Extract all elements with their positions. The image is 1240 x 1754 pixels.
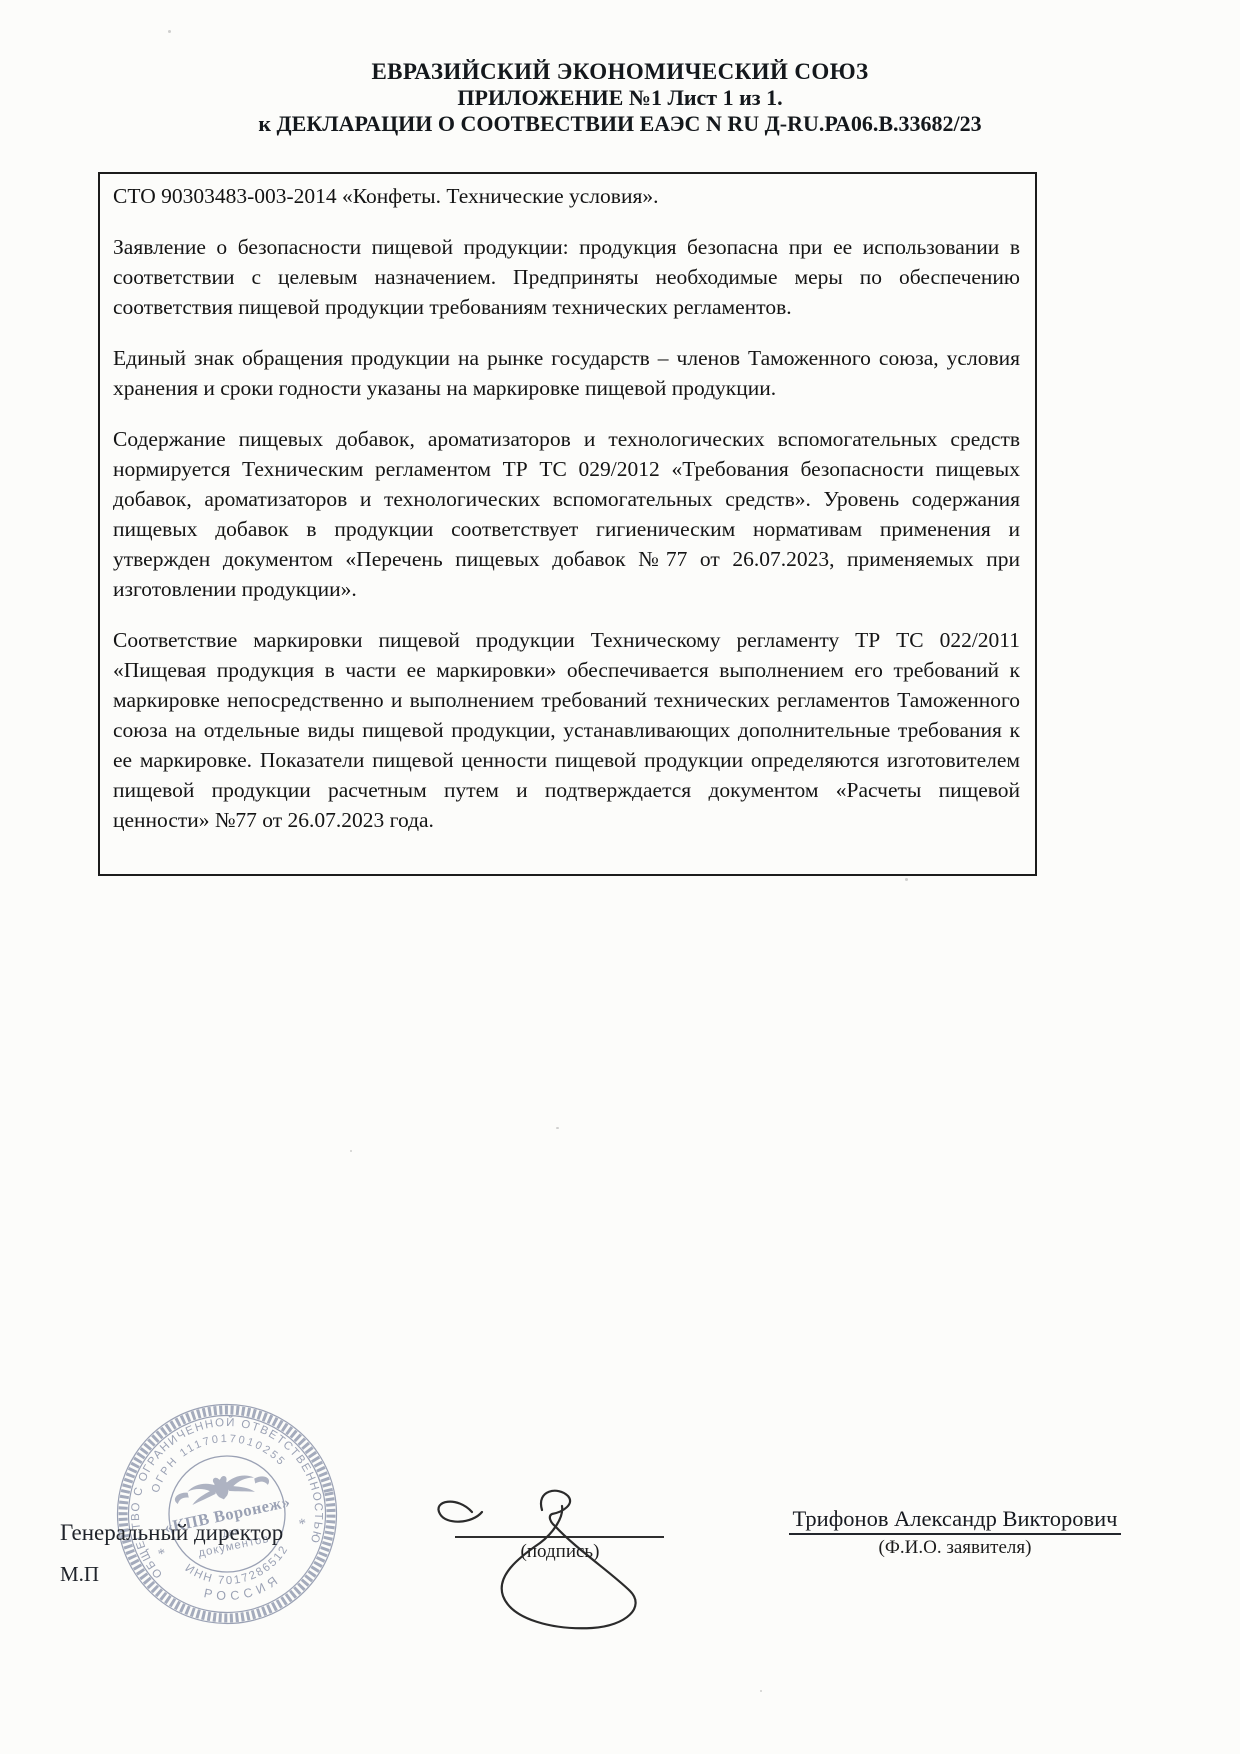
handwritten-signature (400, 1478, 690, 1648)
declaration-paragraph-additives: Содержание пищевых добавок, ароматизатор… (113, 424, 1020, 604)
scan-speck (420, 118, 422, 120)
stamp-star-right: * (298, 1516, 309, 1533)
seal-mark-label: М.П (60, 1562, 99, 1587)
scan-speck (760, 1690, 762, 1692)
applicant-name: Трифонов Александр Викторович (789, 1506, 1122, 1535)
applicant-caption: (Ф.И.О. заявителя) (780, 1537, 1130, 1559)
signature-stroke-main (502, 1491, 636, 1629)
declaration-paragraph-safety: Заявление о безопасности пищевой продукц… (113, 232, 1020, 322)
declaration-paragraph-standard: СТО 90303483-003-2014 «Конфеты. Техничес… (113, 181, 1020, 211)
stamp-star-left: * (157, 1546, 168, 1563)
signature-stroke-curl (439, 1502, 482, 1522)
declaration-text-box: СТО 90303483-003-2014 «Конфеты. Техничес… (98, 172, 1037, 876)
header-annex-line: ПРИЛОЖЕНИЕ №1 Лист 1 из 1. (0, 85, 1240, 111)
header-union-title: ЕВРАЗИЙСКИЙ ЭКОНОМИЧЕСКИЙ СОЮЗ (0, 58, 1240, 85)
company-round-stamp: ОБЩЕСТВО С ОГРАНИЧЕННОЙ ОТВЕТСТВЕННОСТЬЮ… (110, 1397, 344, 1631)
applicant-name-wrap: Трифонов Александр Викторович (780, 1506, 1130, 1535)
document-header: ЕВРАЗИЙСКИЙ ЭКОНОМИЧЕСКИЙ СОЮЗ ПРИЛОЖЕНИ… (0, 58, 1240, 137)
scan-speck (168, 30, 171, 33)
scanned-declaration-page: ЕВРАЗИЙСКИЙ ЭКОНОМИЧЕСКИЙ СОЮЗ ПРИЛОЖЕНИ… (0, 0, 1240, 1754)
position-label: Генеральный директор (60, 1520, 283, 1546)
scan-speck (905, 878, 908, 881)
scan-speck (556, 1127, 559, 1129)
declaration-paragraph-labeling: Соответствие маркировки пищевой продукци… (113, 625, 1020, 835)
header-declaration-number: к ДЕКЛАРАЦИИ О СООТВЕСТВИИ ЕАЭС N RU Д-R… (0, 111, 1240, 137)
scan-speck (350, 1150, 352, 1152)
declaration-paragraph-mark: Единый знак обращения продукции на рынке… (113, 343, 1020, 403)
